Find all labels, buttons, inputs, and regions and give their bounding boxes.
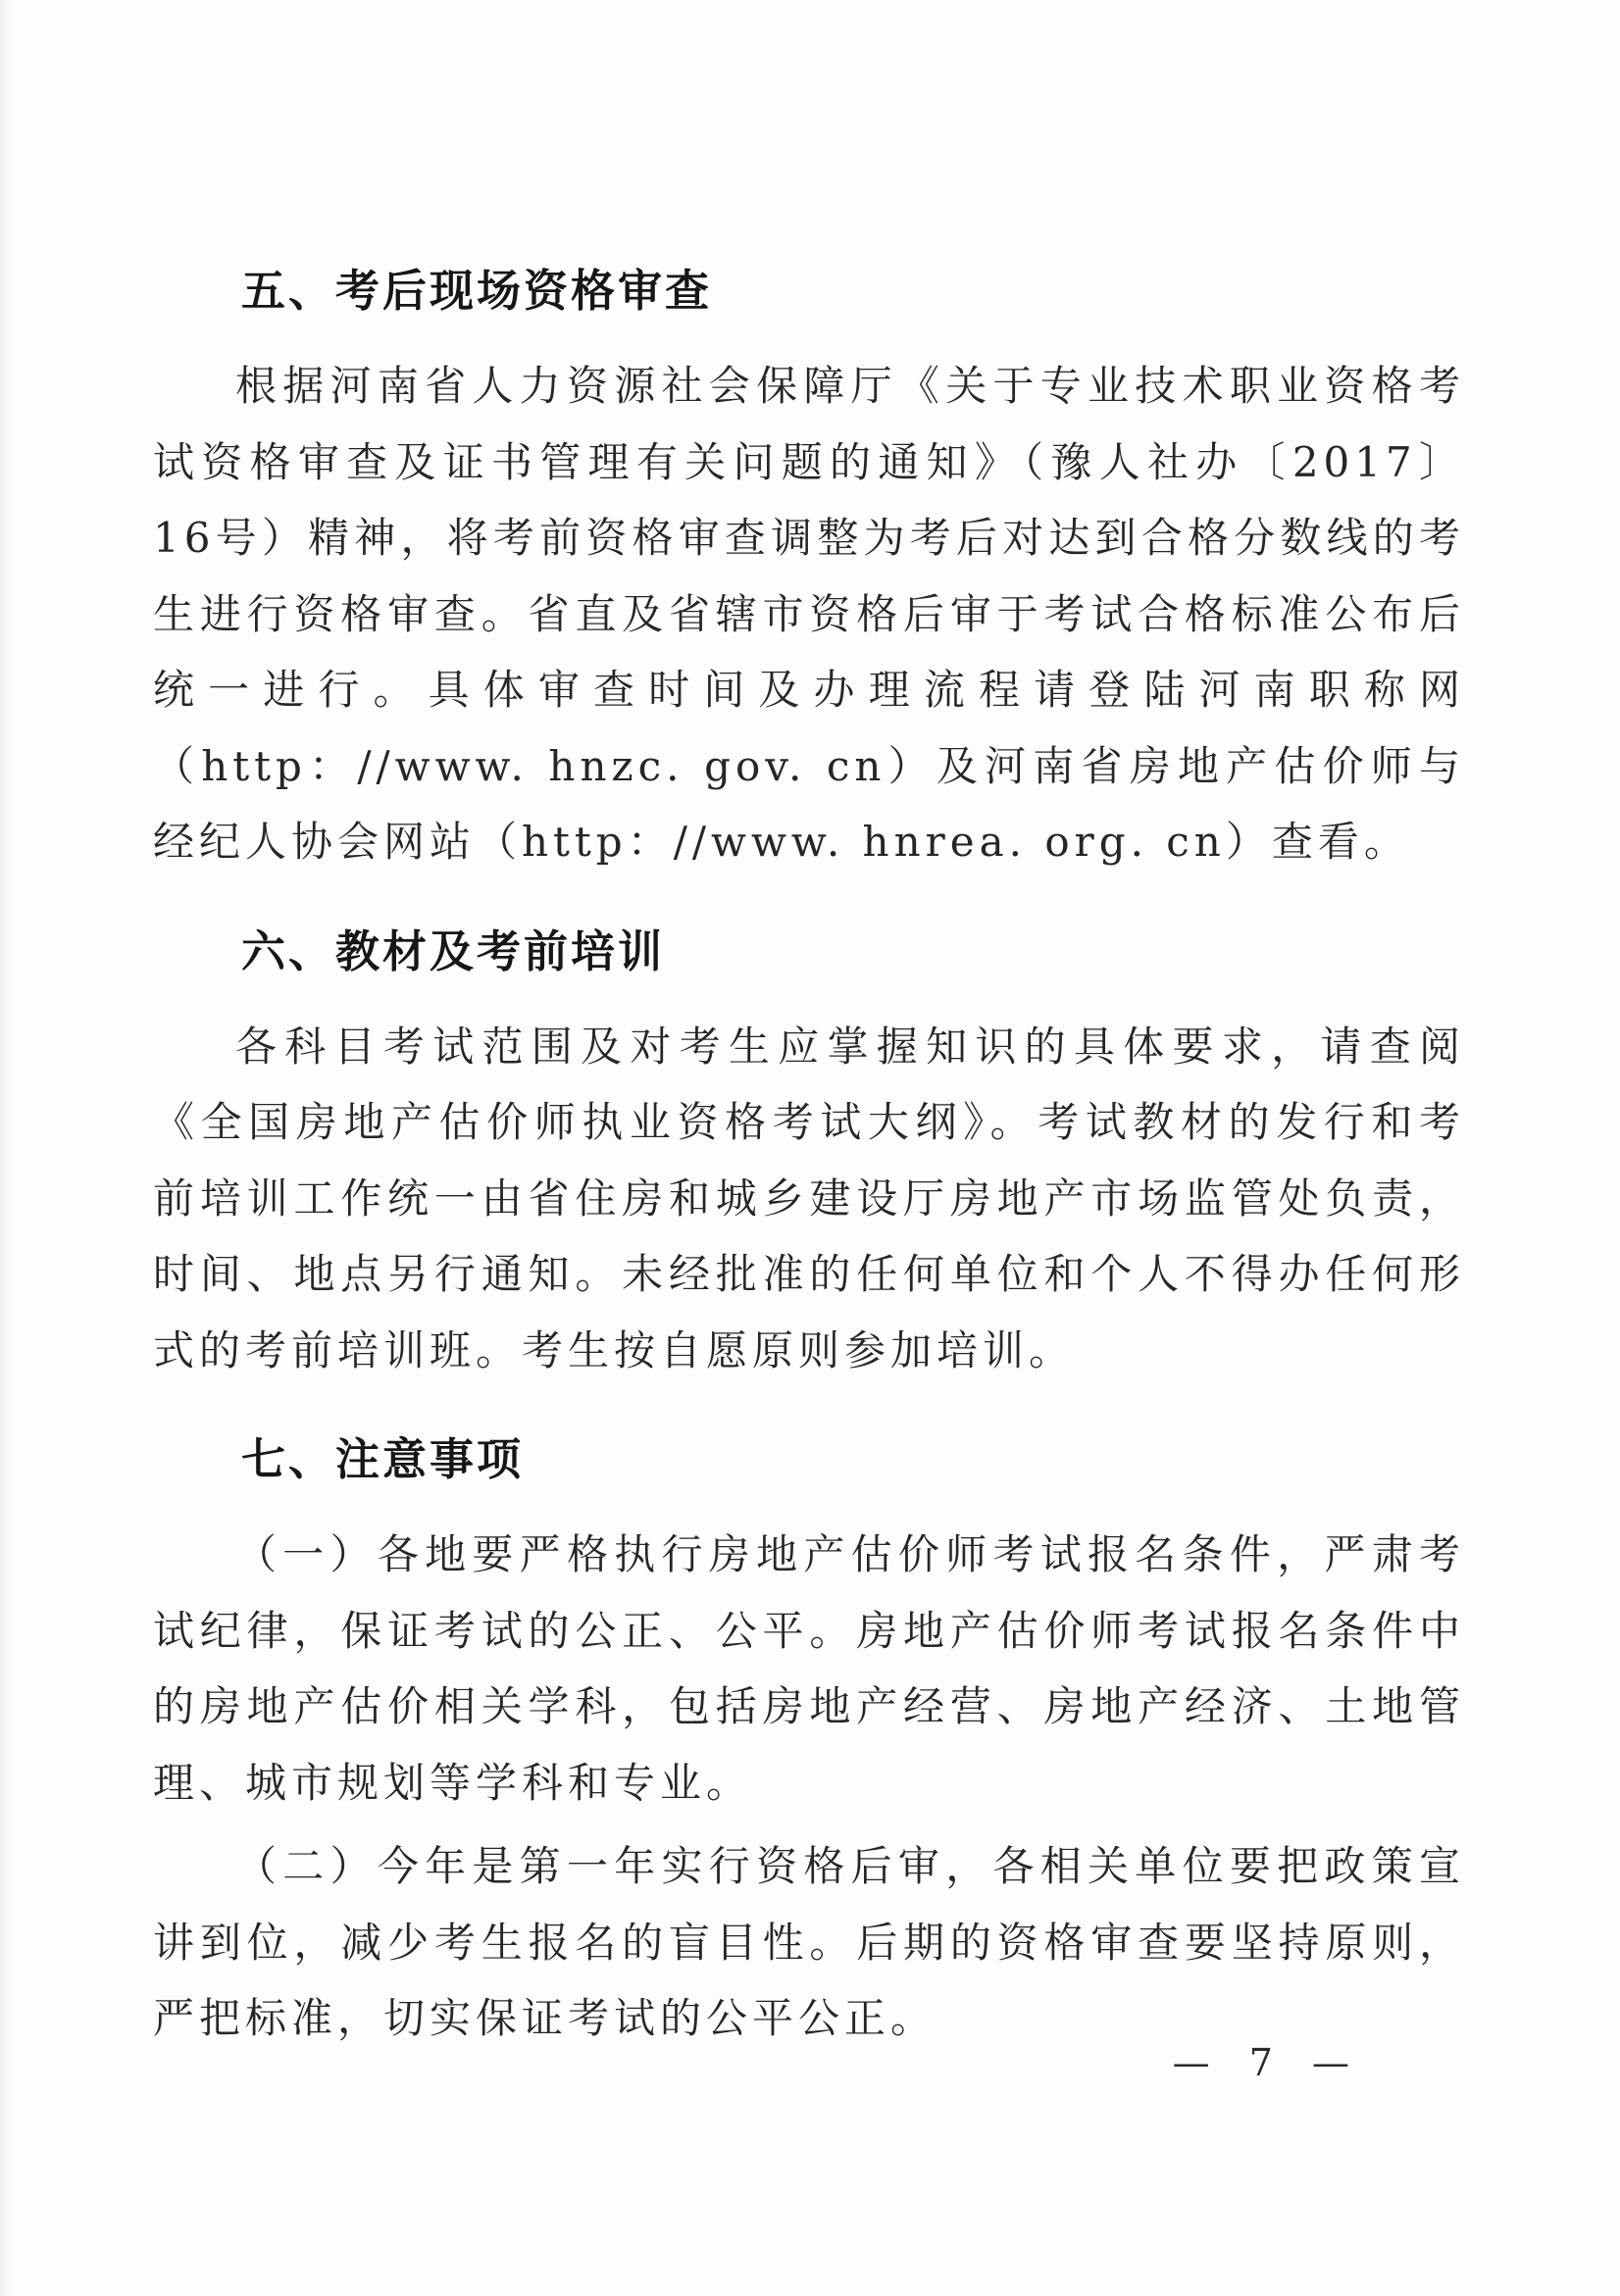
section-5-paragraph: 根据河南省人力资源社会保障厅《关于专业技术职业资格考试资格审查及证书管理有关问题… <box>153 348 1465 880</box>
section-7-item-1: （一）各地要严格执行房地产估价师考试报名条件，严肃考试纪律，保证考试的公正、公平… <box>153 1517 1465 1821</box>
document-page: 五、考后现场资格审查 根据河南省人力资源社会保障厅《关于专业技术职业资格考试资格… <box>0 0 1620 2296</box>
section-7-heading: 七、注意事项 <box>153 1422 1465 1497</box>
section-6-heading: 六、教材及考前培训 <box>153 914 1465 989</box>
page-number: — 7 — <box>1173 2041 1363 2084</box>
section-6-paragraph: 各科目考试范围及对考生应掌握知识的具体要求，请查阅《全国房地产估价师执业资格考试… <box>153 1009 1465 1389</box>
section-7-item-2: （二）今年是第一年实行资格后审，各相关单位要把政策宣讲到位，减少考生报名的盲目性… <box>153 1828 1465 2057</box>
section-5-heading: 五、考后现场资格审查 <box>153 253 1465 328</box>
